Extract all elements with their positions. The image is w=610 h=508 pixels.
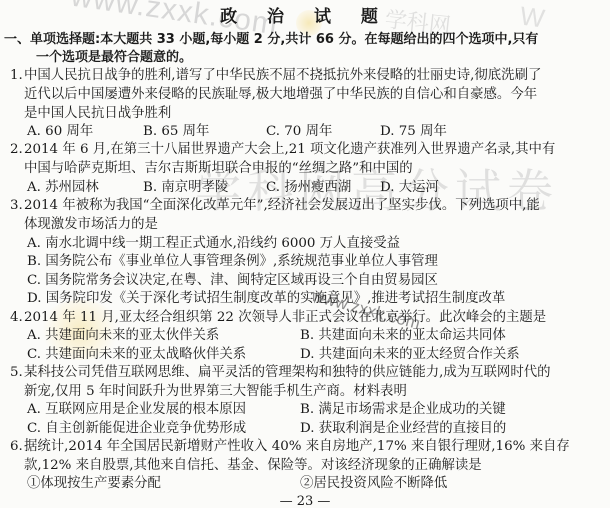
option-a[interactable]: A. 60 周年 <box>27 123 93 141</box>
section-heading-cont: 一个选项是最符合题意的。 <box>36 49 192 67</box>
option-b[interactable]: B. 南京明孝陵 <box>143 179 228 197</box>
question-text: 体现激发市场活力的是 <box>24 216 158 234</box>
option-1[interactable]: ①体现按生产要素分配 <box>27 475 161 493</box>
question-text: 款,12% 来自股票,其他来自信托、基金、保险等。对该经济现象的正确解读是 <box>24 457 482 475</box>
option-d[interactable]: D. 75 周年 <box>380 123 447 141</box>
question-text: 据统计,2014 年全国居民新增财产性收入 40% 来自房地产,17% 来自银行… <box>24 438 570 456</box>
question-text: 2014 年 6 月,在第三十八届世界遗产大会上,21 项文化遗产获准列入世界遗… <box>24 141 555 159</box>
option-a[interactable]: A. 苏州园林 <box>27 179 99 197</box>
option-b[interactable]: B. 共建面向未来的亚太命运共同体 <box>300 327 506 345</box>
option-a[interactable]: A. 共建面向未来的亚太伙伴关系 <box>27 327 219 345</box>
option-a[interactable]: A. 互联网应用是企业发展的根本原因 <box>27 401 246 419</box>
option-b[interactable]: B. 国务院公布《事业单位人事管理条例》,系统规范事业单位人事管理 <box>27 253 438 271</box>
page-number: — 23 — <box>0 494 610 508</box>
question-number: 2. <box>10 141 23 159</box>
question-text: 2014 年被称为我国“全面深化改革元年”,经济社会发展迈出了坚实步伐。下列选项… <box>24 197 540 215</box>
option-2[interactable]: ②居民投资风险不断降低 <box>300 475 447 493</box>
option-c[interactable]: C. 自主创新能促进企业竞争优势形成 <box>27 420 246 438</box>
question-number: 6. <box>10 438 23 456</box>
option-d[interactable]: D. 获取利润是企业经营的直接目的 <box>300 420 506 438</box>
question-number: 3. <box>10 197 23 215</box>
question-text: 新宠,仅用 5 年时间跃升为世界第三大智能手机生产商。材料表明 <box>24 383 407 401</box>
option-b[interactable]: B. 65 周年 <box>143 123 209 141</box>
question-text: 近代以后中国屡遭外来侵略的民族耻辱,极大地增强了中华民族的自信心和自豪感。今年 <box>24 86 537 104</box>
option-d[interactable]: D. 共建面向未来的亚太经贸合作关系 <box>300 346 520 364</box>
option-a[interactable]: A. 南水北调中线一期工程正式通水,沿线约 6000 万人直接受益 <box>27 235 400 253</box>
option-d[interactable]: D. 大运河 <box>380 179 439 197</box>
option-b[interactable]: B. 满足市场需求是企业成功的关键 <box>300 401 506 419</box>
option-c[interactable]: C. 共建面向未来的亚太战略伙伴关系 <box>27 346 246 364</box>
option-c[interactable]: C. 扬州瘦西湖 <box>266 179 351 197</box>
page-title: 政 治 试 题 <box>0 2 610 27</box>
question-text: 某科技公司凭借互联网思维、扁平灵活的管理架构和独特的供应链能力,成为互联网时代的 <box>24 364 551 382</box>
option-c[interactable]: C. 国务院常务会议决定,在粤、津、闽特定区域再设三个自由贸易园区 <box>27 272 438 290</box>
question-text: 2014 年 11 月,亚太经合组织第 22 次领导人非正式会议在北京举行。此次… <box>24 309 546 327</box>
exam-page: www.zxxk.com 学科网 W 学科网高分试卷 www.zxxk.com … <box>0 0 610 508</box>
question-number: 4. <box>10 309 23 327</box>
question-text: 中国与哈萨克斯坦、吉尔吉斯斯坦联合申报的“丝绸之路”和中国的 <box>24 160 413 178</box>
question-number: 1. <box>10 67 23 85</box>
section-heading: 一、单项选择题:本大题共 33 小题,每小题 2 分,共计 66 分。在每题给出… <box>4 31 538 49</box>
option-d[interactable]: D. 国务院印发《关于深化考试招生制度改革的实施意见》,推进考试招生制度改革 <box>27 290 505 308</box>
option-c[interactable]: C. 70 周年 <box>266 123 332 141</box>
question-text: 中国人民抗日战争的胜利,谱写了中华民族不屈不挠抵抗外来侵略的壮丽史诗,彻底洗刷了 <box>24 67 541 85</box>
question-text: 是中国人民抗日战争胜利 <box>24 105 171 123</box>
question-number: 5. <box>10 364 23 382</box>
